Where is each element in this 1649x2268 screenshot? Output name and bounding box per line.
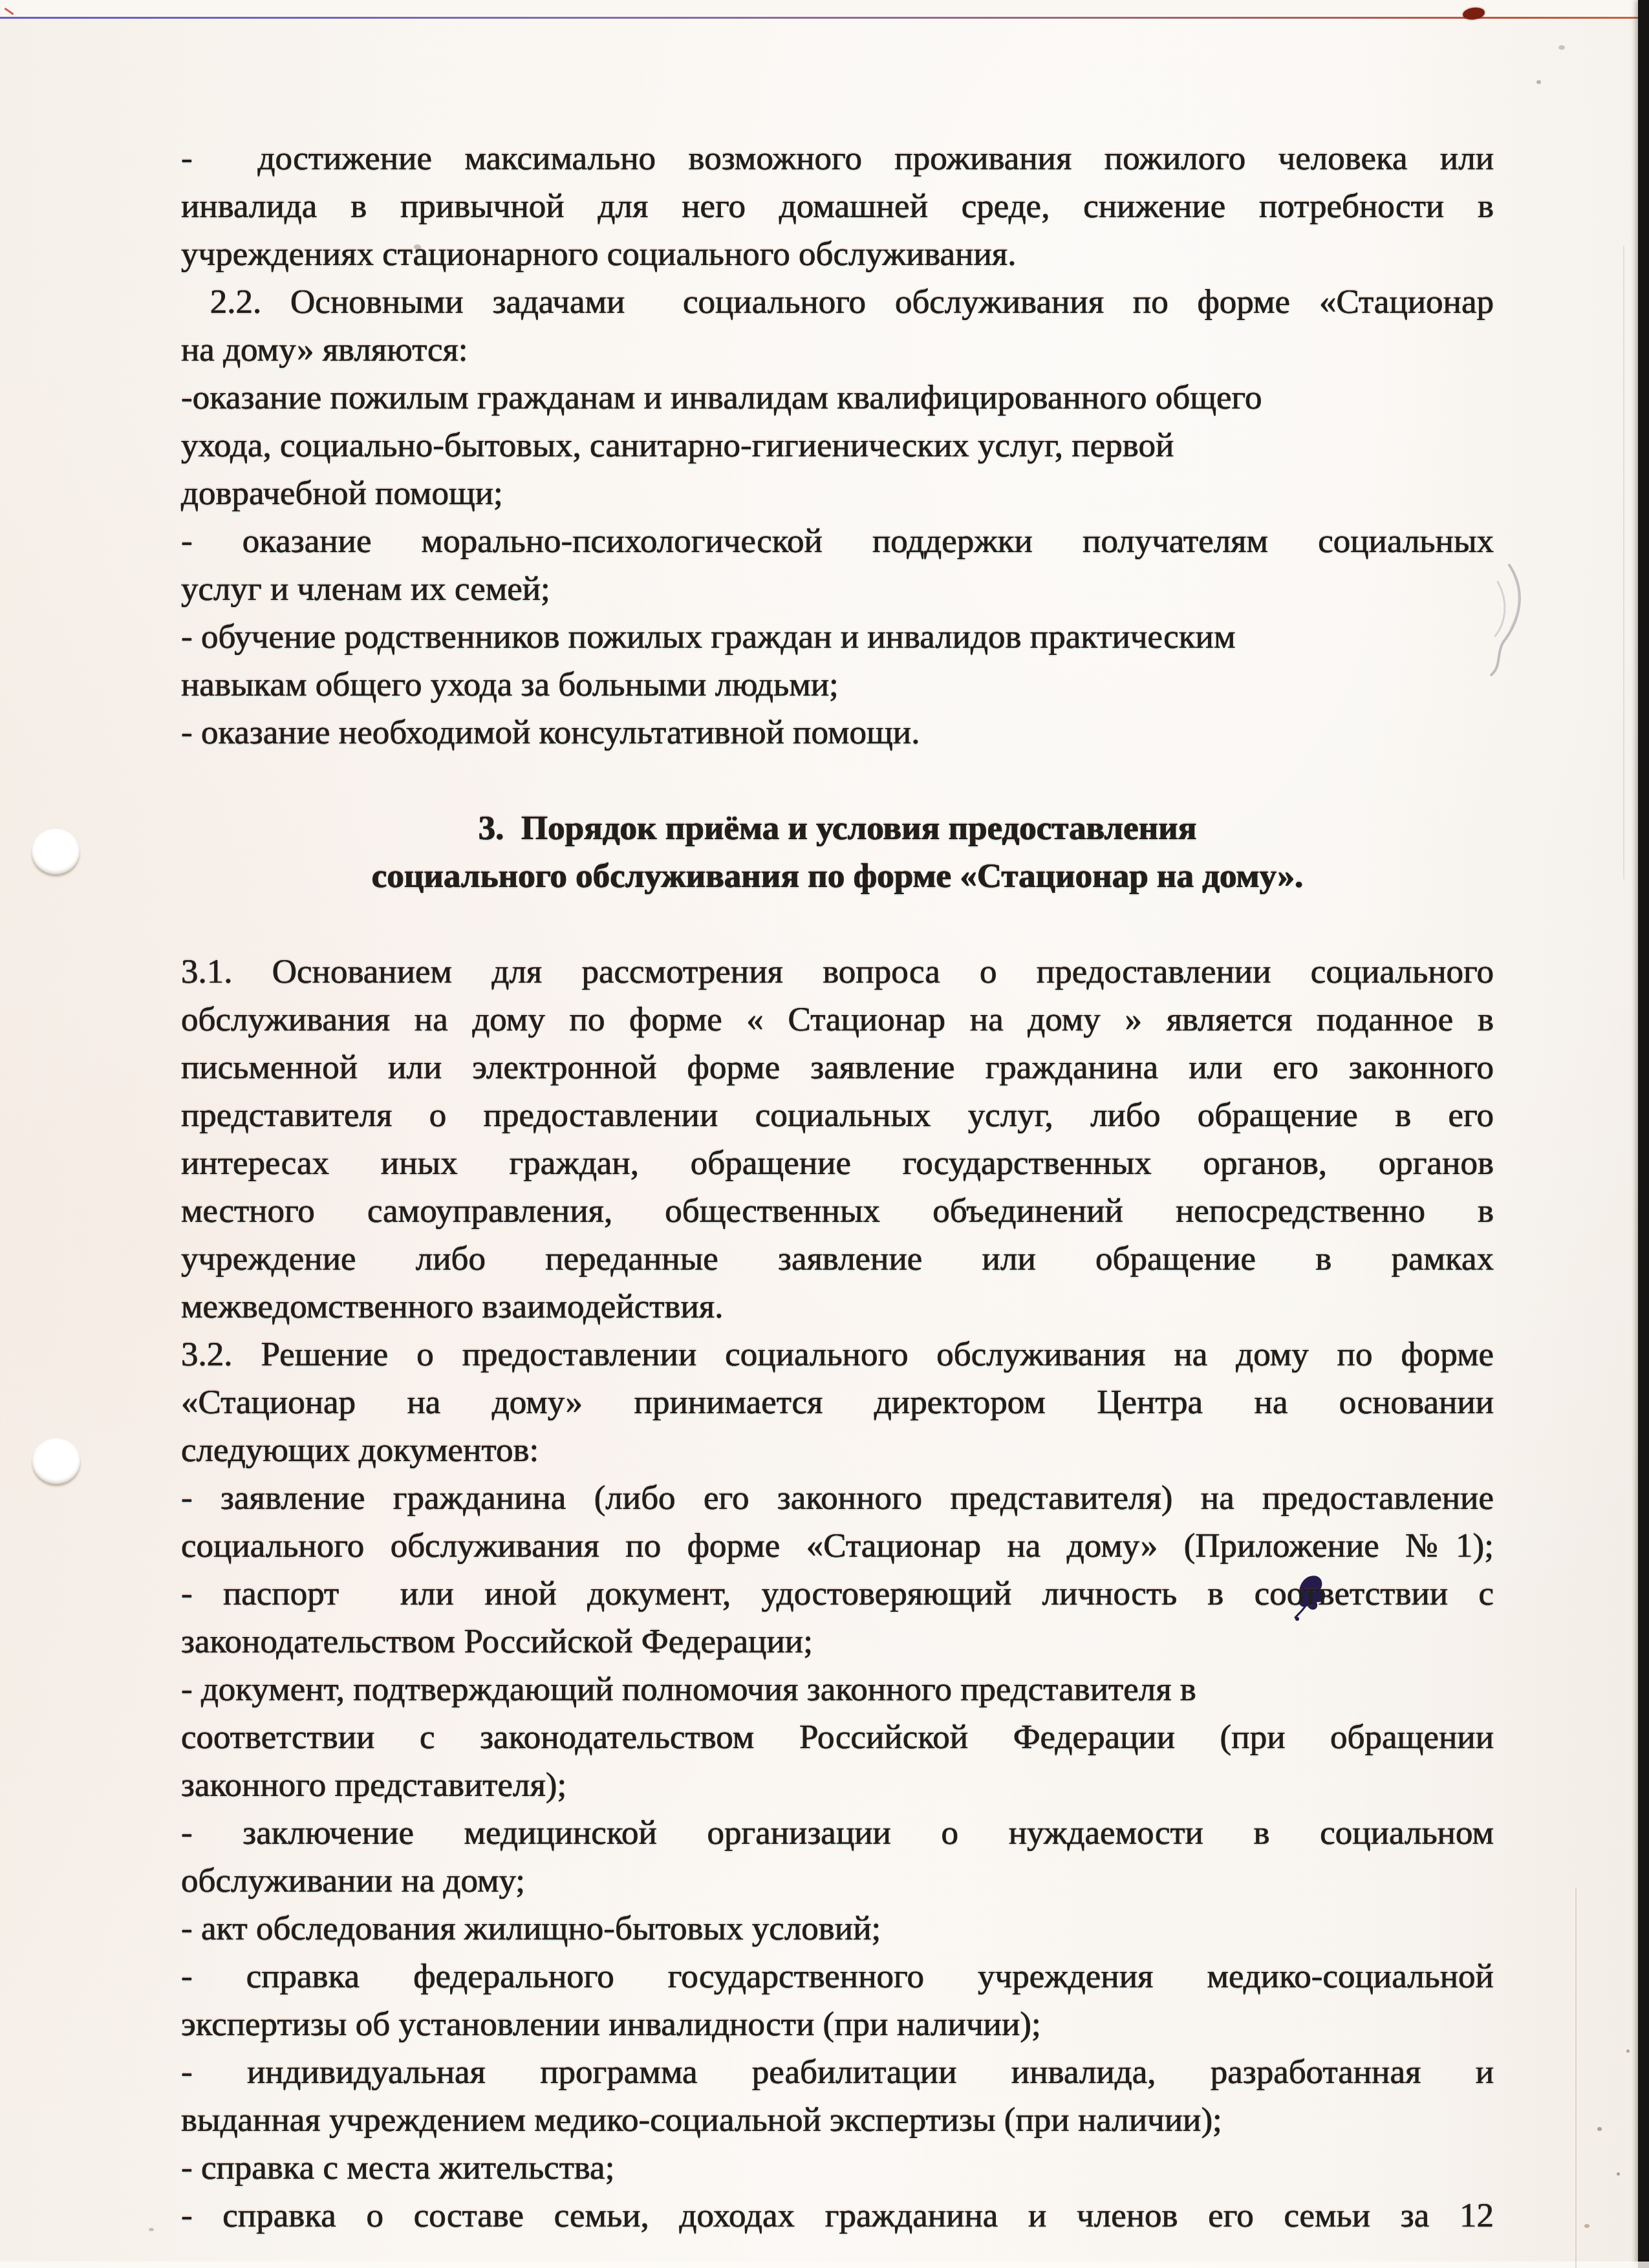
task-training: - обучение родственников пожилых граждан… [181, 613, 1494, 709]
text-line: 3.2. Решение о предоставлении социальног… [181, 1331, 1494, 1378]
doc-representative: - документ, подтверждающий полномочия за… [181, 1665, 1494, 1809]
clause-3-1: 3.1. Основанием для рассмотрения вопроса… [181, 948, 1494, 1331]
text-line: социального обслуживания по форме «Стаци… [181, 852, 1494, 900]
text-line: «Стационар на дому» принимается директор… [181, 1378, 1494, 1426]
dust-speck [1626, 2049, 1630, 2053]
scanner-edge-band [1638, 0, 1649, 2268]
doc-family-income: - справка о составе семьи, доходах гражд… [181, 2192, 1494, 2240]
text-line: законодательством Российской Федерации; [181, 1618, 1494, 1665]
text-line: межведомственного взаимодействия. [181, 1283, 1494, 1331]
text-line: инвалида в привычной для него домашней с… [181, 182, 1494, 230]
tasks-intro: 2.2. Основными задачами социального обсл… [181, 278, 1494, 374]
scan-top-margin [0, 0, 1649, 17]
text-line: учреждениях стационарного социального об… [181, 230, 1494, 278]
hole-punch [32, 1439, 80, 1484]
text-line: 2.2. Основными задачами социального обсл… [181, 278, 1494, 326]
text-line: - заявление гражданина (либо его законно… [181, 1474, 1494, 1522]
text-line: - паспорт или иной документ, удостоверяю… [181, 1570, 1494, 1618]
text-line: - акт обследования жилищно-бытовых услов… [181, 1905, 1494, 1952]
text-line: следующих документов: [181, 1426, 1494, 1474]
text-line: - индивидуальная программа реабилитации … [181, 2048, 1494, 2096]
dust-speck [1584, 2224, 1590, 2228]
text-line: обслуживания на дому по форме « Стациона… [181, 996, 1494, 1043]
dust-speck [149, 2228, 154, 2231]
paper-crease [1623, 246, 1624, 879]
doc-application: - заявление гражданина (либо его законно… [181, 1474, 1494, 1570]
text-line: - справка с места жительства; [181, 2144, 1494, 2192]
text-line: -оказание пожилым гражданам и инвалидам … [181, 374, 1494, 422]
scan-bottom-edge [0, 2262, 1649, 2268]
doc-disability-certificate: - справка федерального государственного … [181, 1952, 1494, 2048]
goal-bullet: - достижение максимально возможного прож… [181, 134, 1494, 278]
clause-3-2: 3.2. Решение о предоставлении социальног… [181, 1331, 1494, 1474]
text-line: - достижение максимально возможного прож… [181, 134, 1494, 182]
doc-medical-conclusion: - заключение медицинской организации о н… [181, 1809, 1494, 1905]
text-line: - обучение родственников пожилых граждан… [181, 613, 1494, 661]
pencil-stroke [1511, 577, 1519, 628]
text-line: - справка федерального государственного … [181, 1952, 1494, 2000]
scan-top-edge-line [0, 17, 1649, 19]
text-line: ухода, социально-бытовых, санитарно-гиги… [181, 422, 1494, 469]
hole-punch [32, 829, 80, 874]
text-line: письменной или электронной форме заявлен… [181, 1043, 1494, 1091]
text-line: социального обслуживания по форме «Стаци… [181, 1522, 1494, 1570]
text-line: доврачебной помощи; [181, 469, 1494, 517]
text-line: - заключение медицинской организации о н… [181, 1809, 1494, 1857]
task-care: -оказание пожилым гражданам и инвалидам … [181, 374, 1494, 517]
doc-rehabilitation-program: - индивидуальная программа реабилитации … [181, 2048, 1494, 2144]
text-line: представителя о предоставлении социальны… [181, 1091, 1494, 1139]
doc-passport: - паспорт или иной документ, удостоверяю… [181, 1570, 1494, 1665]
text-line: обслуживании на дому; [181, 1857, 1494, 1905]
section-3-heading: 3. Порядок приёма и условия предоставлен… [181, 804, 1494, 900]
text-line: интересах иных граждан, обращение госуда… [181, 1139, 1494, 1187]
dust-speck [1597, 2127, 1602, 2131]
text-line: выданная учреждением медико-социальной э… [181, 2096, 1494, 2144]
text-line: экспертизы об установлении инвалидности … [181, 2000, 1494, 2048]
dust-speck [1558, 45, 1565, 50]
text-line: на дому» являются: [181, 326, 1494, 374]
text-line: соответствии с законодательством Российс… [181, 1713, 1494, 1761]
document-text-block: - достижение максимально возможного прож… [181, 134, 1494, 2240]
paper-crease [1575, 1888, 1577, 2268]
doc-housing-act: - акт обследования жилищно-бытовых услов… [181, 1905, 1494, 1952]
text-line: - оказание морально-психологической подд… [181, 517, 1494, 565]
text-line: учреждение либо переданные заявление или… [181, 1235, 1494, 1283]
text-line: - документ, подтверждающий полномочия за… [181, 1665, 1494, 1713]
text-line: навыкам общего ухода за больными людьми; [181, 661, 1494, 709]
text-line: законного представителя); [181, 1761, 1494, 1809]
text-line: - оказание необходимой консультативной п… [181, 709, 1494, 756]
text-line: 3.1. Основанием для рассмотрения вопроса… [181, 948, 1494, 996]
scanned-document-page: - достижение максимально возможного прож… [0, 0, 1649, 2268]
task-consulting: - оказание необходимой консультативной п… [181, 709, 1494, 756]
text-line: 3. Порядок приёма и условия предоставлен… [181, 804, 1494, 852]
pencil-stroke [1495, 582, 1505, 636]
task-moral-support: - оказание морально-психологической подд… [181, 517, 1494, 613]
text-line: услуг и членам их семей; [181, 565, 1494, 613]
dust-speck [1617, 2172, 1620, 2176]
text-line: - справка о составе семьи, доходах гражд… [181, 2192, 1494, 2240]
doc-residence-certificate: - справка с места жительства; [181, 2144, 1494, 2192]
text-line: местного самоуправления, общественных об… [181, 1187, 1494, 1235]
dust-speck [1536, 80, 1541, 84]
